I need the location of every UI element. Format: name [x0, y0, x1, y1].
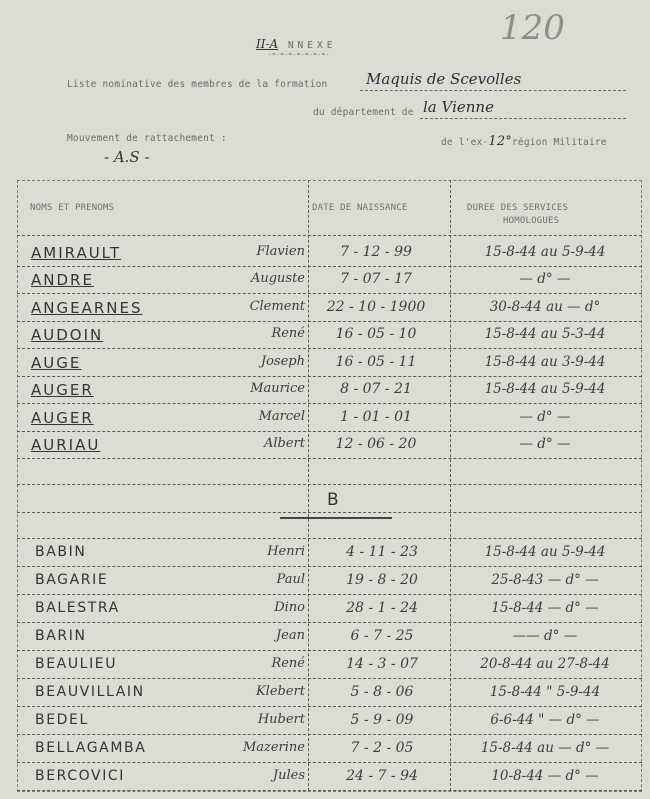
last-name: AMIRAULT	[31, 244, 121, 262]
birth-date: 4 - 11 - 23	[327, 544, 437, 560]
first-name: Hubert	[258, 712, 305, 727]
region-suffix: région Militaire	[512, 137, 607, 148]
table-row: BAGARIEPaul19 - 8 - 2025-8-43 — d° —	[17, 566, 642, 594]
first-name: René	[271, 326, 305, 341]
birth-date: 1 - 01 - 01	[311, 409, 441, 425]
row-separator	[17, 512, 642, 513]
birth-date: 14 - 3 - 07	[327, 656, 437, 672]
birth-date: 19 - 8 - 20	[327, 572, 437, 588]
table-row: AUGERMaurice8 - 07 - 2115-8-44 au 5-9-44	[17, 376, 642, 404]
last-name: AUDOIN	[31, 326, 103, 344]
table-row: AMIRAULTFlavien7 - 12 - 9915-8-44 au 5-9…	[17, 238, 642, 266]
first-name: Mazerine	[243, 740, 305, 755]
table-row: ANDREAuguste7 - 07 - 17— d° —	[17, 266, 642, 294]
first-name: Dino	[274, 600, 305, 615]
birth-date: 8 - 07 - 21	[311, 381, 441, 397]
birth-date: 7 - 12 - 99	[311, 244, 441, 260]
service-duration: 10-8-44 — d° —	[455, 768, 635, 784]
first-name: Jean	[276, 628, 305, 643]
region-value: 12°	[488, 134, 512, 149]
table-row: ANGEARNESClement22 - 10 - 190030-8-44 au…	[17, 293, 642, 321]
last-name: BARIN	[35, 628, 87, 644]
birth-date: 5 - 9 - 09	[327, 712, 437, 728]
row-separator	[17, 458, 642, 459]
table-row: BARINJean6 - 7 - 25—— d° —	[17, 622, 642, 650]
last-name: BAGARIE	[35, 572, 108, 588]
last-name: AURIAU	[31, 436, 100, 454]
section-b-underline	[280, 517, 392, 519]
first-name: Klebert	[256, 684, 305, 699]
table-row: BERCOVICIJules24 - 7 - 9410-8-44 — d° —	[17, 762, 642, 790]
annex-title-underline: -=-=-=-=-=-=-=-	[268, 51, 330, 58]
table-row: AUDOINRené16 - 05 - 1015-8-44 au 5-3-44	[17, 321, 642, 349]
last-name: BALESTRA	[35, 600, 120, 616]
table-row: BEAULIEURené14 - 3 - 0720-8-44 au 27-8-4…	[17, 650, 642, 678]
first-name: Marcel	[259, 409, 305, 424]
first-name: Joseph	[261, 354, 305, 369]
first-name: Henri	[267, 544, 305, 559]
service-duration: 6-6-44 " — d° —	[455, 712, 635, 728]
service-duration: 25-8-43 — d° —	[455, 572, 635, 588]
service-duration: 15-8-44 au 5-9-44	[455, 381, 635, 397]
service-duration: — d° —	[455, 271, 635, 287]
birth-date: 6 - 7 - 25	[327, 628, 437, 644]
first-name: Albert	[264, 436, 305, 451]
header-separator	[17, 235, 642, 236]
department-label: du département de	[313, 107, 414, 118]
service-duration: 15-8-44 au 5-9-44	[455, 244, 635, 260]
column-header-birthdate: DATE DE NAISSANCE	[312, 203, 408, 213]
last-name: BERCOVICI	[35, 768, 125, 784]
birth-date: 28 - 1 - 24	[327, 600, 437, 616]
movement-value: - A.S -	[104, 148, 150, 166]
formation-field: Maquis de Scevolles	[360, 68, 626, 91]
column-header-names: NOMS ET PRENOMS	[30, 203, 114, 213]
service-duration: 15-8-44 au — d° —	[455, 740, 635, 756]
service-duration: 15-8-44 au 5-3-44	[455, 326, 635, 342]
service-duration: 15-8-44 au 3-9-44	[455, 354, 635, 370]
department-value: la Vienne	[423, 98, 494, 116]
birth-date: 12 - 06 - 20	[311, 436, 441, 452]
table-row: AURIAUAlbert12 - 06 - 20— d° —	[17, 431, 642, 459]
formation-value: Maquis de Scevolles	[366, 70, 521, 88]
service-duration: 20-8-44 au 27-8-44	[455, 656, 635, 672]
page-number: 120	[500, 8, 565, 48]
last-name: AUGE	[31, 354, 81, 372]
birth-date: 24 - 7 - 94	[327, 768, 437, 784]
last-name: BABIN	[35, 544, 86, 560]
section-b-label: B	[327, 490, 339, 510]
annex-title-rest: NNEXE	[288, 40, 337, 51]
last-name: ANGEARNES	[31, 299, 143, 317]
service-duration: 15-8-44 au 5-9-44	[455, 544, 635, 560]
formation-label: Liste nominative des membres de la forma…	[67, 79, 327, 90]
last-name: BEAUVILLAIN	[35, 684, 145, 700]
first-name: René	[271, 656, 305, 671]
table-row: BELLAGAMBAMazerine7 - 2 - 0515-8-44 au —…	[17, 734, 642, 762]
last-name: BEAULIEU	[35, 656, 117, 672]
birth-date: 5 - 8 - 06	[327, 684, 437, 700]
department-field: la Vienne	[420, 96, 626, 119]
service-duration: 15-8-44 " 5-9-44	[455, 684, 635, 700]
region-prefix: de l'ex-	[441, 137, 488, 148]
service-duration: 30-8-44 au — d°	[455, 299, 635, 315]
service-duration: — d° —	[455, 436, 635, 452]
table-row: BEAUVILLAINKlebert5 - 8 - 0615-8-44 " 5-…	[17, 678, 642, 706]
last-name: AUGER	[31, 409, 94, 427]
birth-date: 16 - 05 - 11	[311, 354, 441, 370]
last-name: BEDEL	[35, 712, 89, 728]
birth-date: 16 - 05 - 10	[311, 326, 441, 342]
birth-date: 7 - 2 - 05	[327, 740, 437, 756]
first-name: Paul	[277, 572, 305, 587]
movement-label: Mouvement de rattachement :	[67, 133, 227, 144]
birth-date: 22 - 10 - 1900	[311, 299, 441, 315]
last-name: ANDRE	[31, 271, 94, 289]
table-row: AUGERMarcel1 - 01 - 01— d° —	[17, 403, 642, 431]
first-name: Auguste	[251, 271, 305, 286]
birth-date: 7 - 07 - 17	[311, 271, 441, 287]
last-name: BELLAGAMBA	[35, 740, 146, 756]
table-row: AUGEJoseph16 - 05 - 1115-8-44 au 3-9-44	[17, 348, 642, 376]
row-separator	[17, 484, 642, 485]
service-duration: — d° —	[455, 409, 635, 425]
table-row: BALESTRADino28 - 1 - 2415-8-44 — d° —	[17, 594, 642, 622]
region-line: de l'ex-12°région Militaire	[441, 134, 607, 149]
table-row: BABINHenri4 - 11 - 2315-8-44 au 5-9-44	[17, 538, 642, 566]
row-separator	[17, 790, 642, 791]
service-duration: 15-8-44 — d° —	[455, 600, 635, 616]
annex-title-prefix: II-A	[256, 37, 278, 51]
column-header-service-line2: HOMOLOGUES	[503, 216, 559, 226]
first-name: Flavien	[257, 244, 306, 259]
last-name: AUGER	[31, 381, 94, 399]
table-row: BEDELHubert5 - 9 - 096-6-44 " — d° —	[17, 706, 642, 734]
column-header-service-line1: DUREE DES SERVICES	[467, 203, 568, 213]
service-duration: —— d° —	[455, 628, 635, 644]
first-name: Jules	[273, 768, 305, 783]
first-name: Maurice	[250, 381, 305, 396]
first-name: Clement	[250, 299, 305, 314]
